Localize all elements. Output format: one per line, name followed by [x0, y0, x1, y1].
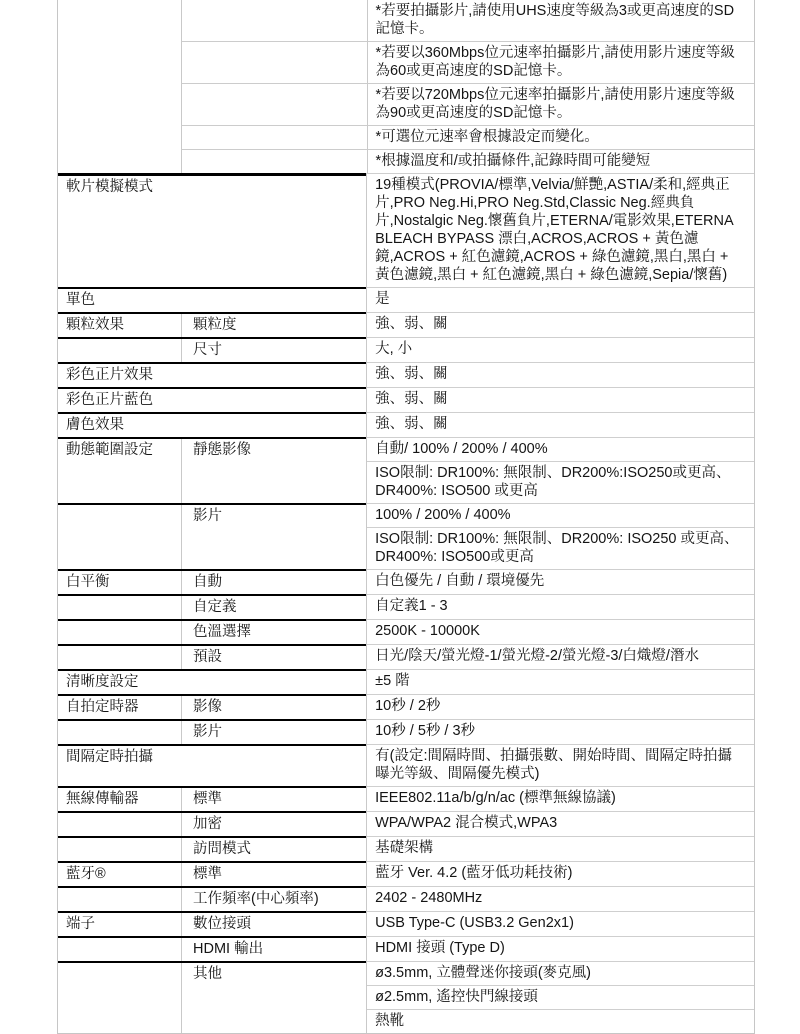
spec-row: 影片10秒 / 5秒 / 3秒 [58, 719, 754, 744]
spec-category-cell: 膚色效果 [58, 414, 366, 437]
spec-value-column: 是 [366, 287, 754, 312]
spec-value-column: 100% / 200% / 400%ISO限制: DR100%: 無限制、DR2… [366, 503, 754, 569]
spec-value-cell: IEEE802.11a/b/g/n/ac (標準無線協議) [367, 786, 754, 811]
spec-label-area: 自定義 [58, 594, 366, 619]
spec-value-column: 19種模式(PROVIA/標準,Velvia/鮮艷,ASTIA/柔和,經典正片,… [366, 173, 754, 287]
spec-value-cell: 自動/ 100% / 200% / 400% [367, 437, 754, 461]
spec-value-cell: 10秒 / 5秒 / 3秒 [367, 719, 754, 744]
spec-subcategory-cell: 顆粒度 [181, 314, 366, 337]
spec-category-cell: 動態範圍設定 [58, 439, 181, 503]
spec-row: 藍牙®標準藍牙 Ver. 4.2 (藍牙低功耗技術) [58, 861, 754, 886]
spec-label-area: 其他 [58, 961, 366, 997]
spec-subcategory-cell: 工作頻率(中心頻率) [181, 888, 366, 911]
spec-value-cell: 強、弱、關 [367, 312, 754, 337]
spec-value-column: 2500K - 10000K [366, 619, 754, 644]
spec-row: 清晰度設定±5 階 [58, 669, 754, 694]
spec-notes-section: *若要拍攝影片,請使用UHS速度等級為3或更高速度的SD記憶卡。*若要以360M… [58, 0, 754, 173]
spec-row: 色溫選擇2500K - 10000K [58, 619, 754, 644]
spec-label-area: 色溫選擇 [58, 619, 366, 644]
spec-value-cell: 強、弱、關 [367, 362, 754, 387]
note-empty-subcategory-cell [181, 149, 367, 173]
spec-row: 彩色正片效果強、弱、關 [58, 362, 754, 387]
spec-category-cell [58, 938, 181, 961]
spec-row: 自拍定時器影像10秒 / 2秒 [58, 694, 754, 719]
spec-row: 白平衡自動白色優先 / 自動 / 環境優先 [58, 569, 754, 594]
spec-label-area: 膚色效果 [58, 412, 366, 437]
note-text-cell: *可選位元速率會根據設定而變化。 [367, 125, 754, 149]
spec-category-cell: 軟片模擬模式 [58, 176, 366, 287]
spec-category-cell [58, 505, 181, 569]
note-text-cell: *若要拍攝影片,請使用UHS速度等級為3或更高速度的SD記憶卡。 [367, 0, 754, 41]
spec-value-column: WPA/WPA2 混合模式,WPA3 [366, 811, 754, 836]
note-empty-subcategory-cell [181, 0, 367, 41]
spec-category-cell [58, 596, 181, 619]
spec-category-cell: 間隔定時拍攝 [58, 746, 366, 786]
note-empty-category-cell [58, 41, 181, 83]
spec-subcategory-cell: 自動 [181, 571, 366, 594]
spec-value-column: ±5 階 [366, 669, 754, 694]
spec-category-cell [58, 339, 181, 362]
spec-row: HDMI 輸出HDMI 接頭 (Type D) [58, 936, 754, 961]
spec-value-cell: ±5 階 [367, 669, 754, 694]
spec-value-column: HDMI 接頭 (Type D) [366, 936, 754, 961]
spec-label-area: 清晰度設定 [58, 669, 366, 694]
spec-value-cell: 2500K - 10000K [367, 619, 754, 644]
spec-row: 加密WPA/WPA2 混合模式,WPA3 [58, 811, 754, 836]
spec-value-cell: 藍牙 Ver. 4.2 (藍牙低功耗技術) [367, 861, 754, 886]
spec-subcategory-cell: 色溫選擇 [181, 621, 366, 644]
spec-subcategory-cell: 靜態影像 [181, 439, 366, 503]
spec-value-column: 10秒 / 5秒 / 3秒 [366, 719, 754, 744]
spec-value-cell: 19種模式(PROVIA/標準,Velvia/鮮艷,ASTIA/柔和,經典正片,… [367, 173, 754, 287]
spec-subcategory-cell: 尺寸 [181, 339, 366, 362]
spec-value-column: 強、弱、關 [366, 312, 754, 337]
note-empty-category-cell [58, 0, 181, 41]
spec-category-cell: 自拍定時器 [58, 696, 181, 719]
spec-category-cell: 單色 [58, 289, 366, 312]
spec-value-column: 日光/陰天/螢光燈-1/螢光燈-2/螢光燈-3/白熾燈/潛水 [366, 644, 754, 669]
note-text-cell: *若要以720Mbps位元速率拍攝影片,請使用影片速度等級為90或更高速度的SD… [367, 83, 754, 125]
spec-row: 無線傳輸器標準IEEE802.11a/b/g/n/ac (標準無線協議) [58, 786, 754, 811]
spec-value-column: 10秒 / 2秒 [366, 694, 754, 719]
note-empty-category-cell [58, 125, 181, 149]
spec-label-area: 藍牙®標準 [58, 861, 366, 886]
spec-value-column: 強、弱、關 [366, 362, 754, 387]
spec-row: 訪問模式基礎架構 [58, 836, 754, 861]
spec-row: 間隔定時拍攝有(設定:間隔時間、拍攝張數、開始時間、間隔定時拍攝曝光等級、間隔優… [58, 744, 754, 786]
note-row: *根據溫度和/或拍攝條件,記錄時間可能變短 [58, 149, 754, 173]
spec-value-column: 強、弱、關 [366, 387, 754, 412]
spec-label-area: 端子數位接頭 [58, 911, 366, 936]
spec-row: 動態範圍設定靜態影像自動/ 100% / 200% / 400%ISO限制: D… [58, 437, 754, 503]
note-row: *若要以360Mbps位元速率拍攝影片,請使用影片速度等級為60或更高速度的SD… [58, 41, 754, 83]
note-empty-subcategory-cell [181, 83, 367, 125]
spec-subcategory-cell: 影片 [181, 721, 366, 744]
spec-value-column: 藍牙 Ver. 4.2 (藍牙低功耗技術) [366, 861, 754, 886]
spec-value-cell: 大, 小 [367, 337, 754, 362]
spec-subcategory-cell: 影片 [181, 505, 366, 569]
spec-row: 尺寸大, 小 [58, 337, 754, 362]
spec-value-column: 強、弱、關 [366, 412, 754, 437]
spec-row: 影片100% / 200% / 400%ISO限制: DR100%: 無限制、D… [58, 503, 754, 569]
spec-category-cell [58, 813, 181, 836]
spec-value-column: 有(設定:間隔時間、拍攝張數、開始時間、間隔定時拍攝曝光等級、間隔優先模式) [366, 744, 754, 786]
note-empty-category-cell [58, 149, 181, 173]
spec-row: 顆粒效果顆粒度強、弱、關 [58, 312, 754, 337]
spec-label-area: 訪問模式 [58, 836, 366, 861]
spec-subcategory-cell: 標準 [181, 788, 366, 811]
spec-value-cell: 2402 - 2480MHz [367, 886, 754, 911]
spec-value-column: 白色優先 / 自動 / 環境優先 [366, 569, 754, 594]
spec-row: 彩色正片藍色強、弱、關 [58, 387, 754, 412]
spec-value-cell: 有(設定:間隔時間、拍攝張數、開始時間、間隔定時拍攝曝光等級、間隔優先模式) [367, 744, 754, 786]
spec-label-area: 動態範圍設定靜態影像 [58, 437, 366, 503]
spec-value-column: USB Type-C (USB3.2 Gen2x1) [366, 911, 754, 936]
spec-value-cell: 強、弱、關 [367, 412, 754, 437]
spec-value-cell: WPA/WPA2 混合模式,WPA3 [367, 811, 754, 836]
spec-label-area: 尺寸 [58, 337, 366, 362]
spec-row: 膚色效果強、弱、關 [58, 412, 754, 437]
spec-label-area: 預設 [58, 644, 366, 669]
spec-subcategory-cell: 訪問模式 [181, 838, 366, 861]
spec-value-cell: USB Type-C (USB3.2 Gen2x1) [367, 911, 754, 936]
spec-label-area: 白平衡自動 [58, 569, 366, 594]
spec-row: 自定義自定義1 - 3 [58, 594, 754, 619]
spec-value-cell: 10秒 / 2秒 [367, 694, 754, 719]
spec-value-column: 2402 - 2480MHz [366, 886, 754, 911]
spec-subcategory-cell: 自定義 [181, 596, 366, 619]
spec-label-area: 無線傳輸器標準 [58, 786, 366, 811]
note-row: *若要拍攝影片,請使用UHS速度等級為3或更高速度的SD記憶卡。 [58, 0, 754, 41]
spec-value-cell: 自定義1 - 3 [367, 594, 754, 619]
spec-value-cell: ISO限制: DR100%: 無限制、DR200%: ISO250 或更高、DR… [367, 527, 754, 569]
spec-label-area: 自拍定時器影像 [58, 694, 366, 719]
spec-category-cell: 清晰度設定 [58, 671, 366, 694]
spec-value-column: 自定義1 - 3 [366, 594, 754, 619]
spec-value-column: ø3.5mm, 立體聲迷你接頭(麥克風)ø2.5mm, 遙控快門線接頭熱靴 [366, 961, 754, 997]
spec-category-cell: 顆粒效果 [58, 314, 181, 337]
spec-row: 軟片模擬模式19種模式(PROVIA/標準,Velvia/鮮艷,ASTIA/柔和… [58, 173, 754, 287]
spec-value-column: 大, 小 [366, 337, 754, 362]
spec-label-area: 單色 [58, 287, 366, 312]
spec-category-cell: 端子 [58, 913, 181, 936]
spec-category-cell [58, 888, 181, 911]
spec-value-cell: ø2.5mm, 遙控快門線接頭 [367, 985, 754, 997]
spec-label-area: 間隔定時拍攝 [58, 744, 366, 786]
camera-spec-table: *若要拍攝影片,請使用UHS速度等級為3或更高速度的SD記憶卡。*若要以360M… [57, 0, 755, 997]
spec-category-cell [58, 621, 181, 644]
spec-row: 工作頻率(中心頻率)2402 - 2480MHz [58, 886, 754, 911]
note-empty-subcategory-cell [181, 125, 367, 149]
spec-category-cell: 彩色正片效果 [58, 364, 366, 387]
note-row: *若要以720Mbps位元速率拍攝影片,請使用影片速度等級為90或更高速度的SD… [58, 83, 754, 125]
spec-subcategory-cell: 數位接頭 [181, 913, 366, 936]
spec-value-cell: ISO限制: DR100%: 無限制、DR200%:ISO250或更高、DR40… [367, 461, 754, 503]
spec-subcategory-cell: 影像 [181, 696, 366, 719]
note-row: *可選位元速率會根據設定而變化。 [58, 125, 754, 149]
note-text-cell: *根據溫度和/或拍攝條件,記錄時間可能變短 [367, 149, 754, 173]
spec-category-cell: 無線傳輸器 [58, 788, 181, 811]
spec-row: 端子數位接頭USB Type-C (USB3.2 Gen2x1) [58, 911, 754, 936]
spec-subcategory-cell: 加密 [181, 813, 366, 836]
spec-body-section: 軟片模擬模式19種模式(PROVIA/標準,Velvia/鮮艷,ASTIA/柔和… [58, 173, 754, 997]
spec-label-area: 影片 [58, 719, 366, 744]
spec-label-area: 工作頻率(中心頻率) [58, 886, 366, 911]
spec-subcategory-cell: 標準 [181, 863, 366, 886]
spec-row: 預設日光/陰天/螢光燈-1/螢光燈-2/螢光燈-3/白熾燈/潛水 [58, 644, 754, 669]
spec-subcategory-cell: 預設 [181, 646, 366, 669]
spec-value-column: 自動/ 100% / 200% / 400%ISO限制: DR100%: 無限制… [366, 437, 754, 503]
note-empty-category-cell [58, 83, 181, 125]
spec-value-column: IEEE802.11a/b/g/n/ac (標準無線協議) [366, 786, 754, 811]
spec-label-area: 彩色正片藍色 [58, 387, 366, 412]
spec-category-cell [58, 963, 181, 997]
spec-label-area: 顆粒效果顆粒度 [58, 312, 366, 337]
spec-category-cell: 白平衡 [58, 571, 181, 594]
spec-value-cell: ø3.5mm, 立體聲迷你接頭(麥克風) [367, 961, 754, 985]
spec-value-cell: HDMI 接頭 (Type D) [367, 936, 754, 961]
spec-value-cell: 強、弱、關 [367, 387, 754, 412]
note-text-cell: *若要以360Mbps位元速率拍攝影片,請使用影片速度等級為60或更高速度的SD… [367, 41, 754, 83]
spec-value-cell: 日光/陰天/螢光燈-1/螢光燈-2/螢光燈-3/白熾燈/潛水 [367, 644, 754, 669]
spec-label-area: 加密 [58, 811, 366, 836]
spec-subcategory-cell: HDMI 輸出 [181, 938, 366, 961]
spec-value-cell: 100% / 200% / 400% [367, 503, 754, 527]
spec-value-cell: 基礎架構 [367, 836, 754, 861]
spec-value-cell: 是 [367, 287, 754, 312]
spec-category-cell [58, 838, 181, 861]
spec-category-cell: 彩色正片藍色 [58, 389, 366, 412]
note-empty-subcategory-cell [181, 41, 367, 83]
spec-label-area: HDMI 輸出 [58, 936, 366, 961]
spec-category-cell: 藍牙® [58, 863, 181, 886]
spec-label-area: 影片 [58, 503, 366, 569]
spec-label-area: 軟片模擬模式 [58, 173, 366, 287]
spec-subcategory-cell: 其他 [181, 963, 366, 997]
spec-value-column: 基礎架構 [366, 836, 754, 861]
spec-row: 其他ø3.5mm, 立體聲迷你接頭(麥克風)ø2.5mm, 遙控快門線接頭熱靴 [58, 961, 754, 997]
spec-category-cell [58, 721, 181, 744]
spec-category-cell [58, 646, 181, 669]
spec-row: 單色是 [58, 287, 754, 312]
spec-label-area: 彩色正片效果 [58, 362, 366, 387]
spec-value-cell: 白色優先 / 自動 / 環境優先 [367, 569, 754, 594]
